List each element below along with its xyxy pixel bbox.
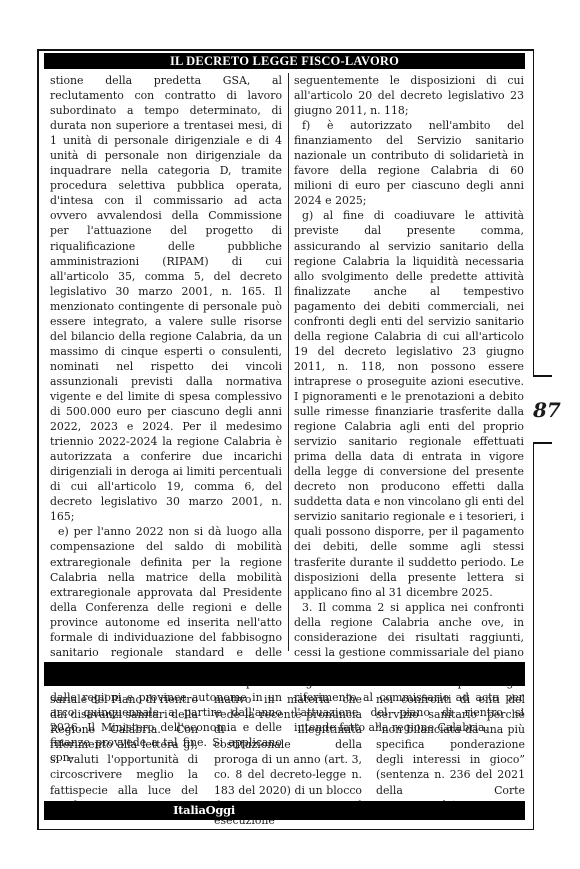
section-title-bar: IL DECRETO LEGGE FISCO-LAVORO	[44, 53, 525, 69]
frame-top-border	[37, 49, 534, 51]
frame-left-border	[37, 49, 39, 830]
section-title: IL DECRETO LEGGE FISCO-LAVORO	[170, 54, 399, 68]
paragraph: f) è autorizzato nell'ambito del finanzi…	[294, 118, 524, 208]
italiaoggi-logo: ItaliaOggi	[173, 803, 235, 817]
paragraph: seguentemente le disposizioni di cui all…	[294, 73, 524, 118]
frame-right-border-lower	[533, 442, 535, 830]
frame-right-border-upper	[533, 49, 535, 376]
page-number: 87	[533, 398, 563, 422]
commentary-header-bar	[44, 662, 525, 686]
commentary-column-3: nei confronti di enti del servizio sanit…	[376, 692, 525, 813]
commentary-column-1: sariale del Piano di rientro dai disavan…	[50, 692, 198, 813]
frame-right-tick-upper	[533, 375, 552, 377]
paragraph: g) al fine di coadiuvare le attività pre…	[294, 208, 524, 599]
column-divider	[288, 73, 289, 651]
frame-right-tick-lower	[533, 442, 552, 444]
article-column-right: seguentemente le disposizioni di cui all…	[294, 73, 524, 735]
footer-bar: ItaliaOggi	[44, 801, 525, 820]
paragraph: stione della predetta GSA, al reclutamen…	[50, 73, 282, 524]
frame-bottom-border	[37, 829, 534, 831]
